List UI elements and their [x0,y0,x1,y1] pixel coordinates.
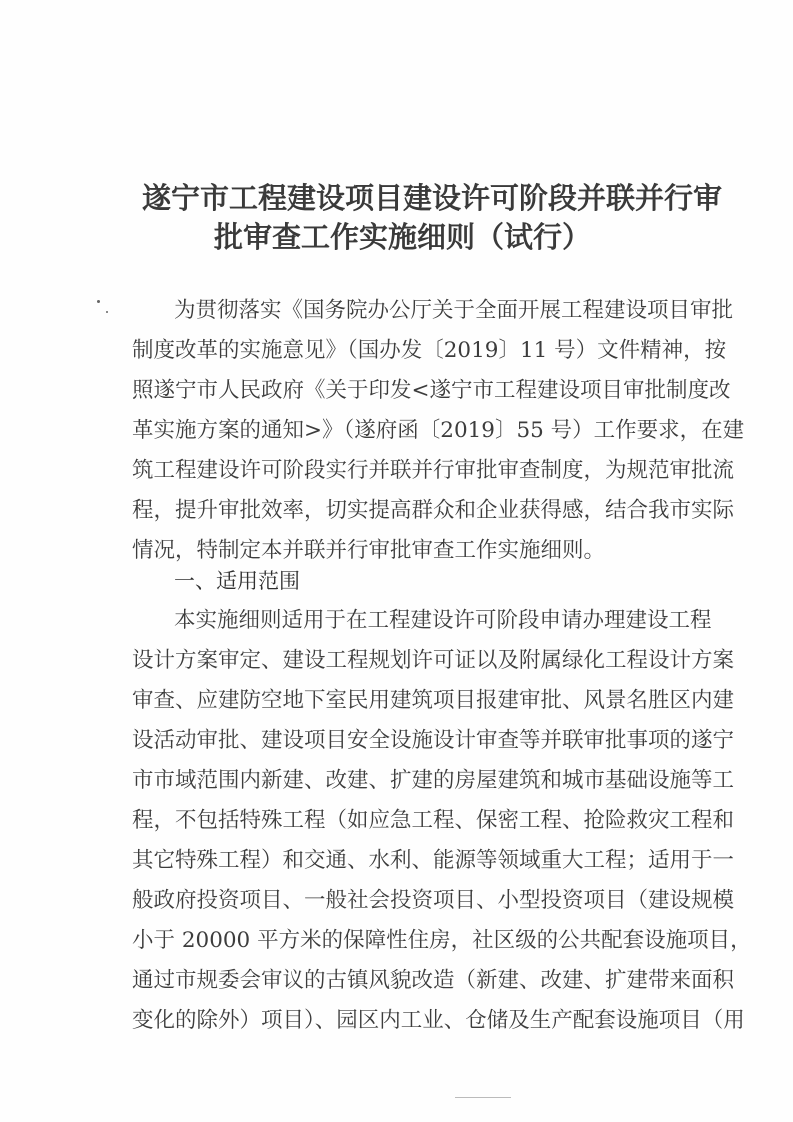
preamble-line: 筑工程建设许可阶段实行并联并行审批审查制度，为规范审批流 [132,457,707,485]
scan-speck [97,300,100,303]
scan-speck [106,311,108,313]
section-line: 程，不包括特殊工程（如应急工程、保密工程、抢险救灾工程和 [132,807,707,835]
section-line: 变化的除外）项目）、园区内工业、仓储及生产配套设施项目（用 [132,1007,707,1035]
preamble-line: 为贯彻落实《国务院办公厅关于全面开展工程建设项目审批 [174,297,707,325]
document-page: 遂宁市工程建设项目建设许可阶段并联并行审 批审查工作实施细则（试行） 为贯彻落实… [0,0,793,1122]
section-line: 市市域范围内新建、改建、扩建的房屋建筑和城市基础设施等工 [132,767,707,795]
section-line: 设计方案审定、建设工程规划许可证以及附属绿化工程设计方案 [132,647,707,675]
section-line: 般政府投资项目、一般社会投资项目、小型投资项目（建设规模 [132,887,707,915]
document-title-line-2: 批审查工作实施细则（试行） [0,215,793,256]
preamble-line: 程，提升审批效率，切实提高群众和企业获得感，结合我市实际 [132,497,707,525]
preamble-line: 制度改革的实施意见》（国办发〔2019〕11 号）文件精神，按 [132,337,707,365]
section-line: 本实施细则适用于在工程建设许可阶段申请办理建设工程 [174,607,707,635]
preamble-line: 照遂宁市人民政府《关于印发<遂宁市工程建设项目审批制度改 [132,377,707,405]
section-line: 审查、应建防空地下室民用建筑项目报建审批、风景名胜区内建 [132,687,707,715]
section-line: 其它特殊工程）和交通、水利、能源等领域重大工程；适用于一 [132,847,707,875]
scan-artifact-line [455,1097,511,1098]
section-line: 设活动审批、建设项目安全设施设计审查等并联审批事项的遂宁 [132,727,707,755]
preamble-line: 革实施方案的通知>》（遂府函〔2019〕55 号）工作要求，在建 [132,417,707,445]
section-heading: 一、适用范围 [174,567,300,595]
section-line: 通过市规委会审议的古镇风貌改造（新建、改建、扩建带来面积 [132,967,707,995]
document-title-line-1: 遂宁市工程建设项目建设许可阶段并联并行审 [142,176,702,217]
preamble-line: 情况，特制定本并联并行审批审查工作实施细则。 [132,537,707,565]
section-line: 小于 20000 平方米的保障性住房，社区级的公共配套设施项目， [132,927,707,955]
